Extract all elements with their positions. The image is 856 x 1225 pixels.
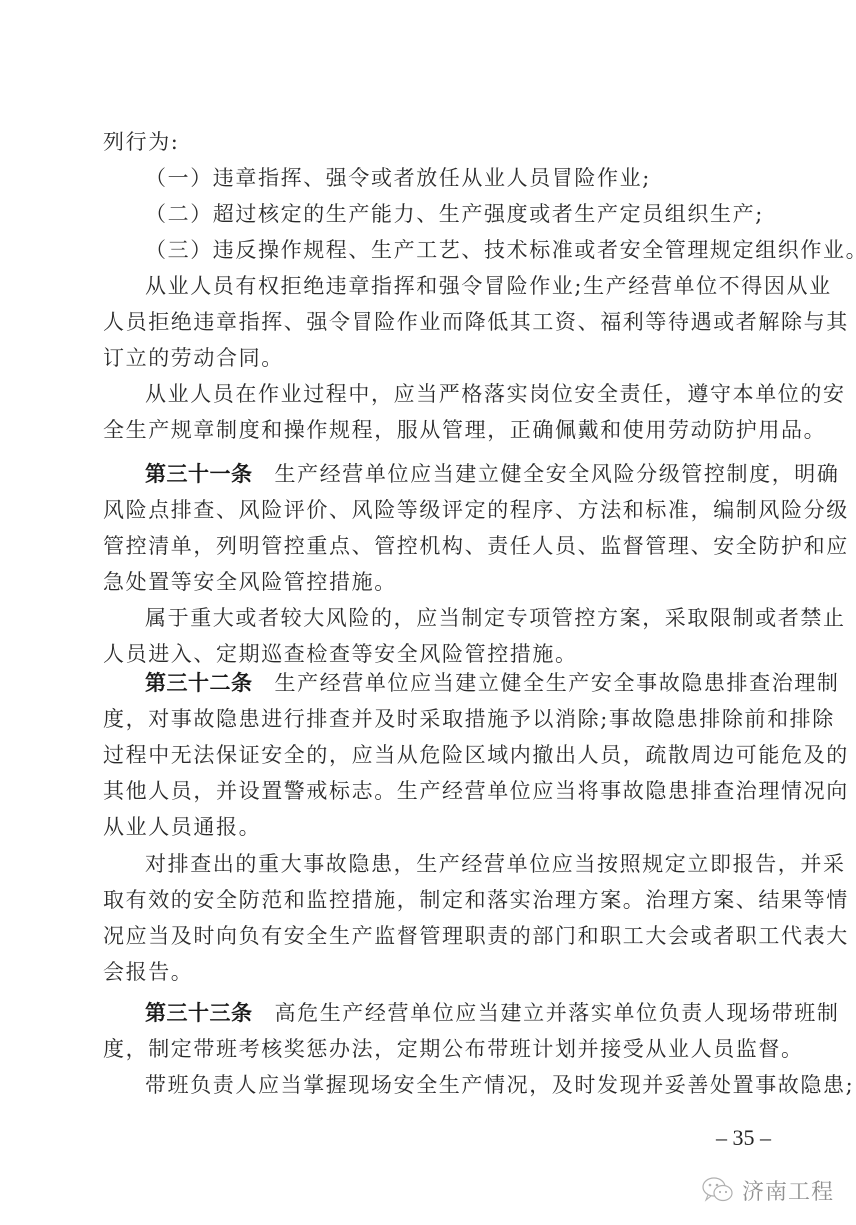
text-line: 取有效的安全防范和监控措施，制定和落实治理方案。治理方案、结果等情	[103, 882, 773, 918]
text-line: 从业人员通报。	[103, 809, 773, 845]
article-31-text: 生产经营单位应当建立健全安全风险分级管控制度，明确	[275, 462, 840, 486]
article-33-text: 高危生产经营单位应当建立并落实单位负责人现场带班制	[275, 1001, 840, 1025]
list-item-2: （二）超过核定的生产能力、生产强度或者生产定员组织生产;	[145, 196, 773, 232]
text-line: 全生产规章制度和操作规程，服从管理，正确佩戴和使用劳动防护用品。	[103, 412, 773, 448]
text-line: 列行为:	[103, 124, 773, 160]
text-line: 过程中无法保证安全的，应当从危险区域内撤出人员，疏散周边可能危及的	[103, 737, 773, 773]
text-line: 风险点排查、风险评价、风险等级评定的程序、方法和标准，编制风险分级	[103, 492, 773, 528]
page-number: – 35 –	[716, 1125, 771, 1151]
watermark-text: 济南工程	[742, 1175, 834, 1206]
article-33-number: 第三十三条	[145, 1001, 253, 1025]
text-line: 属于重大或者较大风险的，应当制定专项管控方案，采取限制或者禁止	[145, 600, 773, 636]
text-line: 对排查出的重大事故隐患，生产经营单位应当按照规定立即报告，并采	[145, 846, 773, 882]
text-line: 人员拒绝违章指挥、强令冒险作业而降低其工资、福利等待遇或者解除与其	[103, 304, 773, 340]
list-item-1: （一）违章指挥、强令或者放任从业人员冒险作业;	[145, 160, 773, 196]
article-32-text: 生产经营单位应当建立健全生产安全事故隐患排查治理制	[275, 671, 840, 695]
text-line: 订立的劳动合同。	[103, 340, 773, 376]
article-31-first-line: 第三十一条生产经营单位应当建立健全安全风险分级管控制度，明确	[145, 456, 773, 492]
text-line: 度，对事故隐患进行排查并及时采取措施予以消除;事故隐患排除前和排除	[103, 701, 773, 737]
list-item-3: （三）违反操作规程、生产工艺、技术标准或者安全管理规定组织作业。	[145, 232, 773, 268]
document-page: 列行为: （一）违章指挥、强令或者放任从业人员冒险作业; （二）超过核定的生产能…	[0, 0, 856, 1225]
text-line: 其他人员，并设置警戒标志。生产经营单位应当将事故隐患排查治理情况向	[103, 773, 773, 809]
text-line: 会报告。	[103, 954, 773, 990]
text-line: 管控清单，列明管控重点、管控机构、责任人员、监督管理、安全防护和应	[103, 528, 773, 564]
text-line: 况应当及时向负有安全生产监督管理职责的部门和职工大会或者职工代表大	[103, 918, 773, 954]
article-32-number: 第三十二条	[145, 671, 253, 695]
wechat-icon	[700, 1175, 736, 1205]
text-line: 从业人员有权拒绝违章指挥和强令冒险作业;生产经营单位不得因从业	[145, 268, 773, 304]
text-line: 从业人员在作业过程中，应当严格落实岗位安全责任，遵守本单位的安	[145, 376, 773, 412]
watermark: 济南工程	[700, 1172, 834, 1208]
text-line: 带班负责人应当掌握现场安全生产情况，及时发现并妥善处置事故隐患;	[145, 1067, 773, 1103]
article-31-number: 第三十一条	[145, 462, 253, 486]
article-32-first-line: 第三十二条生产经营单位应当建立健全生产安全事故隐患排查治理制	[145, 665, 773, 701]
text-line: 度，制定带班考核奖惩办法，定期公布带班计划并接受从业人员监督。	[103, 1031, 773, 1067]
text-line: 急处置等安全风险管控措施。	[103, 564, 773, 600]
article-33-first-line: 第三十三条高危生产经营单位应当建立并落实单位负责人现场带班制	[145, 995, 773, 1031]
